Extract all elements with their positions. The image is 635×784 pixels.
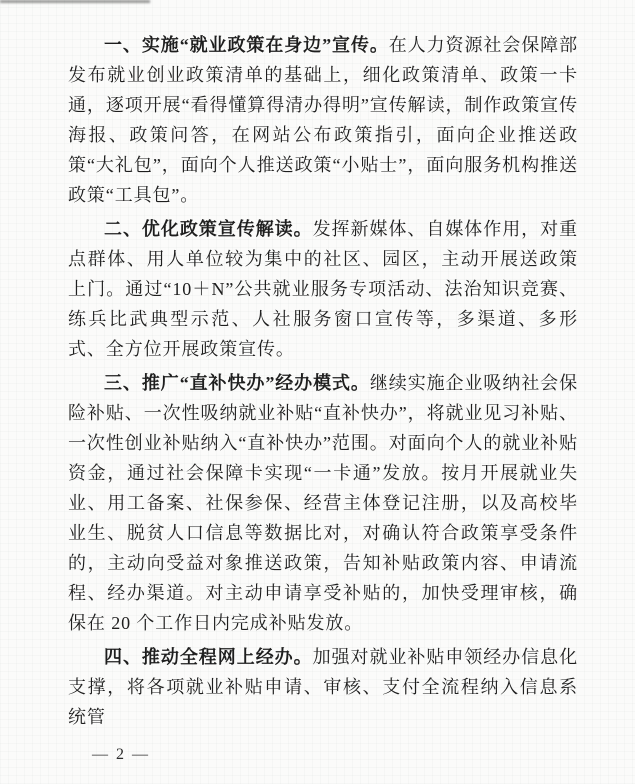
paragraph-2-body: 发挥新媒体、自媒体作用，对重点群体、用人单位较为集中的社区、园区，主动开展送政策… [68, 219, 578, 359]
paragraph-2: 二、优化政策宣传解读。发挥新媒体、自媒体作用，对重点群体、用人单位较为集中的社区… [68, 214, 578, 364]
page-footer: — 2 — [68, 744, 578, 766]
paragraph-4: 四、推动全程网上经办。加强对就业补贴申领经办信息化支撑，将各项就业补贴申请、审核… [68, 642, 578, 732]
paragraph-2-heading: 二、优化政策宣传解读。 [104, 219, 313, 239]
paragraph-1-body: 在人力资源社会保障部发布就业创业政策清单的基础上，细化政策清单、政策一卡通，逐项… [68, 35, 578, 205]
paragraph-1: 一、实施“就业政策在身边”宣传。在人力资源社会保障部发布就业创业政策清单的基础上… [68, 30, 578, 210]
paragraph-4-heading: 四、推动全程网上经办。 [104, 647, 313, 667]
document-page: 一、实施“就业政策在身边”宣传。在人力资源社会保障部发布就业创业政策清单的基础上… [0, 0, 635, 784]
paragraph-3: 三、推广“直补快办”经办模式。继续实施企业吸纳社会保险补贴、一次性吸纳就业补贴“… [68, 368, 578, 638]
paragraph-3-body: 继续实施企业吸纳社会保险补贴、一次性吸纳就业补贴“直补快办”，将就业见习补贴、一… [68, 373, 578, 633]
paragraph-3-heading: 三、推广“直补快办”经办模式。 [104, 373, 370, 393]
page-number: — 2 — [92, 746, 150, 763]
paragraph-1-heading: 一、实施“就业政策在身边”宣传。 [104, 35, 389, 55]
